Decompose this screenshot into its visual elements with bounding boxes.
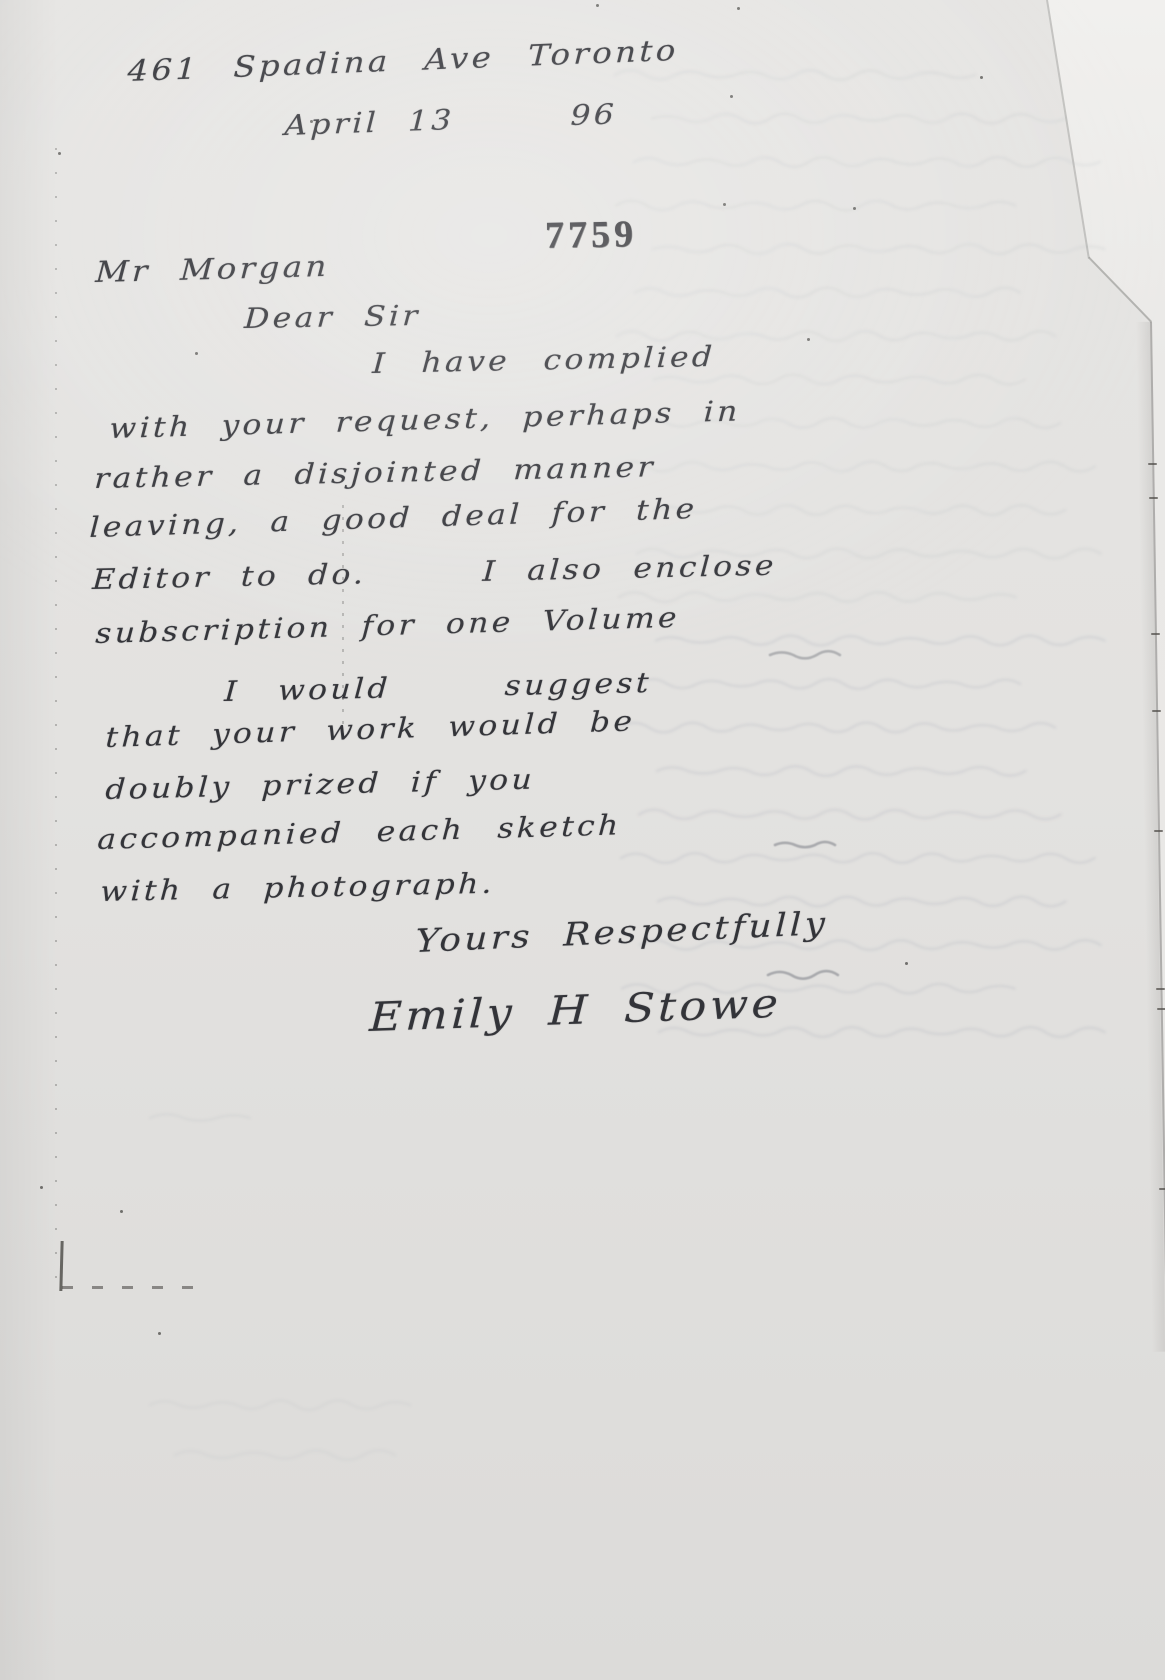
letter-closing: Yours Respectfully — [415, 907, 828, 957]
left-margin-dotted-line — [55, 148, 57, 1292]
edge-tick-mark — [1154, 830, 1163, 832]
ink-speck — [40, 1186, 43, 1189]
ink-speck — [730, 95, 733, 98]
ink-speck — [980, 76, 983, 79]
ink-speck — [807, 338, 810, 341]
corner-mark-vertical — [59, 1241, 63, 1291]
letter-recipient: Mr Morgan — [95, 252, 331, 287]
edge-tick-mark — [1149, 497, 1158, 499]
archive-stamp-number: 7759 — [545, 212, 638, 258]
letter-body-line: doubly prized if you — [105, 765, 536, 804]
letter-address-line: 461 Spadina Ave Toronto — [127, 36, 679, 86]
ink-speck — [120, 1210, 123, 1213]
letter-salutation: Dear Sir — [244, 302, 422, 333]
edge-tick-mark — [1152, 710, 1161, 712]
edge-tick-mark — [1148, 463, 1157, 465]
letter-body-line: with your request, perhaps in — [109, 397, 741, 443]
ink-speck — [58, 152, 61, 155]
ink-speck — [723, 203, 726, 206]
letter-body-line: accompanied each sketch — [97, 811, 622, 854]
ink-speck — [737, 7, 740, 10]
edge-tick-mark — [1157, 1008, 1165, 1010]
letter-signature: Emily H Stowe — [369, 984, 782, 1038]
ink-speck — [195, 352, 198, 355]
letter-body-line: rather a disjointed manner — [94, 453, 657, 493]
scanned-letter-page: 461 Spadina Ave Toronto April 13 96 7759… — [0, 0, 1165, 1680]
ink-speck — [158, 1332, 161, 1335]
letter-body-line: leaving, a good deal for the — [89, 495, 698, 542]
letter-date-line: April 13 96 — [284, 100, 618, 140]
letter-body-line: subscription for one Volume — [95, 604, 681, 648]
edge-tick-mark — [1156, 988, 1165, 990]
edge-tick-mark — [1159, 1188, 1165, 1190]
letter-body-line: with a photograph. — [100, 870, 496, 906]
letter-body-line: I would suggest — [224, 669, 653, 706]
letter-body-line: I have complied — [372, 343, 716, 378]
letter-body-line: Editor to do. I also enclose — [92, 552, 778, 594]
letter-body-line: that your work would be — [105, 707, 636, 752]
corner-mark-horizontal — [62, 1286, 212, 1289]
edge-tick-mark — [1151, 633, 1160, 635]
ink-speck — [596, 4, 599, 7]
ink-speck — [853, 207, 856, 210]
ink-speck — [905, 962, 908, 965]
